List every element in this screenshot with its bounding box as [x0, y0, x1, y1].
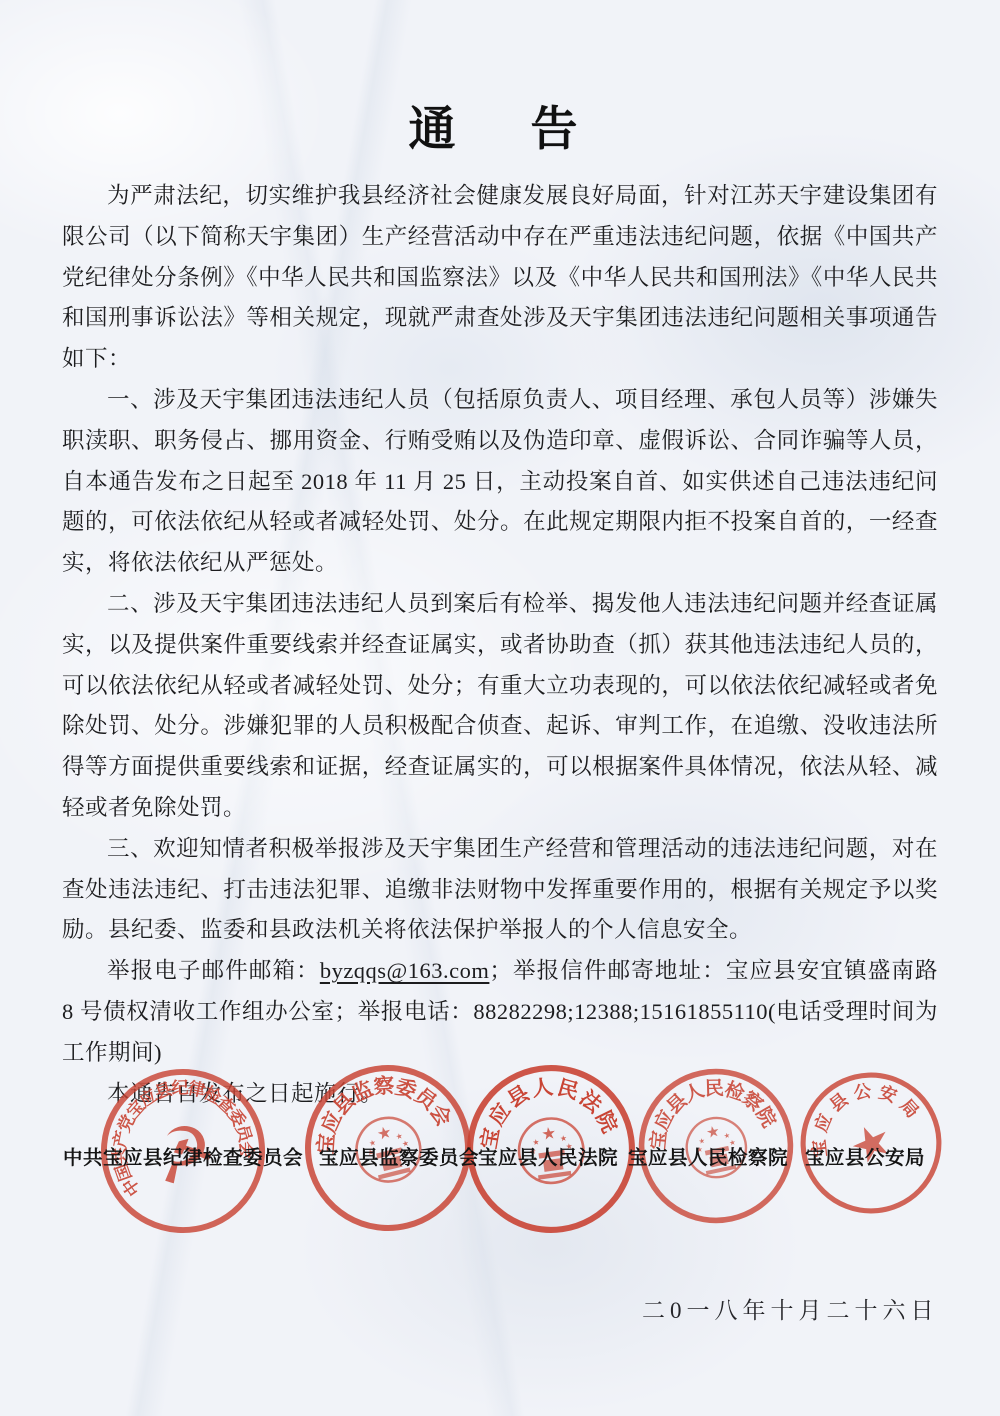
paragraph-intro: 为严肃法纪，切实维护我县经济社会健康发展良好局面，针对江苏天宇建设集团有限公司（…	[62, 176, 938, 380]
paragraph-item-1: 一、涉及天宇集团违法违纪人员（包括原负责人、项目经理、承包人员等）涉嫌失职渎职、…	[62, 380, 938, 584]
seal-label-supervisory: 宝应县监察委员会	[319, 1142, 479, 1170]
paragraph-item-3: 三、欢迎知情者积极举报涉及天宇集团生产经营和管理活动的违法违纪问题，对在查处违法…	[62, 829, 938, 951]
paragraph-contact: 举报电子邮件邮箱：byzqqs@163.com；举报信件邮寄地址：宝应县安宜镇盛…	[62, 951, 938, 1073]
seal-label-procuratorate: 宝应县人民检察院	[628, 1142, 788, 1170]
page-title: 通 告	[0, 92, 1000, 159]
seal-label-discipline-inspection: 中共宝应县纪律检查委员会	[63, 1142, 303, 1170]
svg-text:县: 县	[826, 1089, 853, 1116]
svg-text:★: ★	[704, 1122, 721, 1142]
seal-label-court: 宝应县人民法院	[478, 1142, 618, 1170]
scanned-notice-page: 通 告 为严肃法纪，切实维护我县经济社会健康发展良好局面，针对江苏天宇建设集团有…	[0, 0, 1000, 1416]
svg-text:应: 应	[811, 1110, 836, 1134]
paragraph-item-2: 二、涉及天宇集团违法违纪人员到案后有检举、揭发他人违法违纪问题并经查证属实，以及…	[62, 584, 938, 829]
svg-text:察: 察	[373, 1073, 396, 1098]
notice-body: 为严肃法纪，切实维护我县经济社会健康发展良好局面，针对江苏天宇建设集团有限公司（…	[62, 176, 938, 1114]
contact-prefix: 举报电子邮件邮箱：	[107, 958, 320, 983]
svg-text:公: 公	[852, 1080, 873, 1103]
svg-text:局: 局	[896, 1095, 923, 1121]
svg-text:★: ★	[375, 1122, 394, 1144]
issue-date: 二0一八年十月二十六日	[642, 1292, 939, 1325]
svg-text:人: 人	[530, 1074, 554, 1101]
report-email-link[interactable]: byzqqs@163.com	[320, 958, 490, 983]
svg-text:安: 安	[876, 1082, 900, 1107]
svg-text:民: 民	[555, 1075, 582, 1104]
seal-label-public-security: 宝应县公安局	[805, 1142, 925, 1170]
svg-text:★: ★	[540, 1123, 557, 1144]
svg-text:民: 民	[704, 1077, 724, 1100]
seal-area: 中国共产党宝应县纪律检查委员会☭ 宝应县监察委员会★★★★★ 宝应县人民法院★★…	[0, 1058, 1000, 1258]
